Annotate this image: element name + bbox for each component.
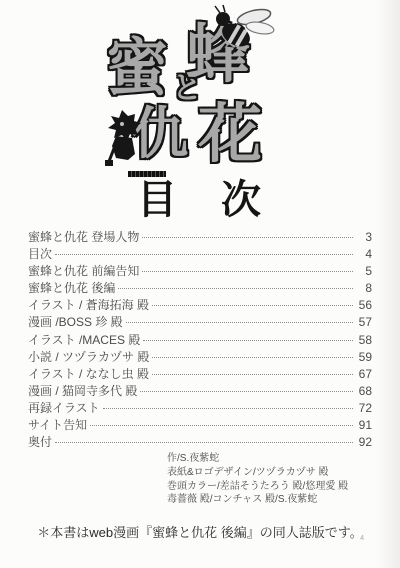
logo-char-mitsu: 蜜 (106, 38, 168, 100)
toc-row: 蜜蜂と仇花 後編 8 (28, 279, 372, 296)
toc-entry-page: 91 (356, 418, 372, 432)
toc-entry-label: 漫画 / 猫岡寺多代 殿 (28, 382, 137, 399)
page-title: 目 次 (0, 168, 400, 225)
toc-entry-label: 目次 (28, 245, 52, 262)
dotted-leader (142, 237, 353, 238)
toc-row: 蜜蜂と仇花 前編告知 5 (28, 262, 372, 279)
toc-row: イラスト / 蒼海拓海 殿 56 (28, 296, 372, 313)
toc-entry-label: 再録イラスト (28, 399, 100, 416)
toc-entry-label: イラスト /MACES 殿 (28, 331, 140, 348)
toc-entry-page: 68 (356, 384, 372, 398)
toc-row: 奥付 92 (28, 433, 372, 450)
toc-row: 再録イラスト 72 (28, 399, 372, 416)
credits-line: 表紙&ロゴデザイン/ツヅラカヅサ 殿 (167, 466, 348, 480)
credits-line: 巻頭カラー/差詰そうたろう 殿/悠理愛 殿 (167, 480, 348, 494)
footnote: ＊本書はweb漫画『蜜蜂と仇花 後編』の同人誌版です。 (0, 522, 400, 541)
toc-entry-page: 5 (356, 264, 372, 278)
corner-page-number: 4 (360, 535, 364, 542)
toc-entry-page: 72 (356, 401, 372, 415)
toc-entry-label: 蜜蜂と仇花 前編告知 (28, 262, 139, 279)
dotted-leader (126, 322, 353, 323)
credits-line: 作/S.夜紫蛇 (167, 452, 348, 466)
toc-row: イラスト / ななし虫 殿 67 (28, 365, 372, 382)
credits-block: 作/S.夜紫蛇 表紙&ロゴデザイン/ツヅラカヅサ 殿 巻頭カラー/差詰そうたろう… (167, 452, 348, 507)
toc-entry-label: サイト告知 (28, 416, 87, 433)
toc-entry-label: イラスト / ななし虫 殿 (28, 365, 149, 382)
toc-entry-label: 蜜蜂と仇花 登場人物 (28, 228, 139, 245)
toc-entry-page: 58 (356, 333, 372, 347)
dotted-leader (118, 288, 353, 289)
dotted-leader (90, 425, 353, 426)
toc-row: 目次 4 (28, 245, 372, 262)
toc-row: イラスト /MACES 殿 58 (28, 331, 372, 348)
dotted-leader (140, 391, 353, 392)
logo-char-hana: 花 (198, 102, 262, 166)
dotted-leader (55, 442, 353, 443)
scan-page: 蜜 蜂 と 仇 花 (0, 0, 400, 568)
toc-row: 小説 / ツヅラカヅサ 殿 59 (28, 348, 372, 365)
toc-entry-label: 奥付 (28, 433, 52, 450)
dotted-leader (55, 254, 353, 255)
toc-list: 蜜蜂と仇花 登場人物 3 目次 4 蜜蜂と仇花 前編告知 5 蜜蜂と仇花 後編 … (28, 228, 372, 450)
toc-row: 漫画 /BOSS 珍 殿 57 (28, 313, 372, 330)
title-logo: 蜜 蜂 と 仇 花 (100, 10, 280, 186)
toc-entry-page: 67 (356, 367, 372, 381)
credits-line: 毒薔薇 殿/コンチャス 殿/S.夜紫蛇 (167, 493, 348, 507)
toc-entry-page: 4 (356, 247, 372, 261)
toc-row: サイト告知 91 (28, 416, 372, 433)
toc-entry-page: 56 (356, 298, 372, 312)
dotted-leader (103, 408, 353, 409)
chibi-character-icon (102, 108, 146, 173)
dotted-leader (152, 374, 353, 375)
toc-entry-label: 蜜蜂と仇花 後編 (28, 279, 115, 296)
toc-entry-page: 59 (356, 350, 372, 364)
toc-entry-label: イラスト / 蒼海拓海 殿 (28, 296, 149, 313)
dotted-leader (152, 357, 353, 358)
toc-row: 蜜蜂と仇花 登場人物 3 (28, 228, 372, 245)
toc-entry-label: 小説 / ツヅラカヅサ 殿 (28, 348, 149, 365)
dotted-leader (142, 271, 353, 272)
toc-entry-page: 57 (356, 315, 372, 329)
toc-entry-page: 3 (356, 230, 372, 244)
toc-entry-page: 8 (356, 281, 372, 295)
toc-row: 漫画 / 猫岡寺多代 殿 68 (28, 382, 372, 399)
dotted-leader (143, 340, 353, 341)
bee-icon (212, 4, 276, 61)
dotted-leader (152, 305, 353, 306)
toc-entry-label: 漫画 /BOSS 珍 殿 (28, 313, 123, 330)
toc-entry-page: 92 (356, 435, 372, 449)
